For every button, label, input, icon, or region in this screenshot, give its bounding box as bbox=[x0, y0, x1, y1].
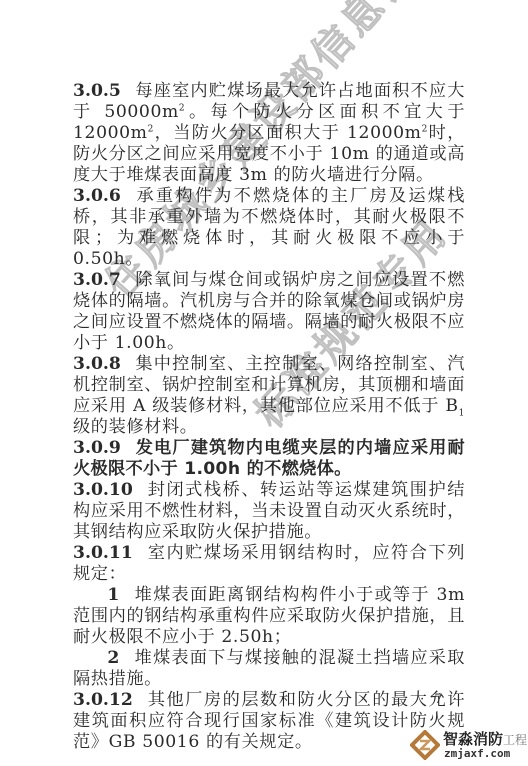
clause-number: 3.0.8 bbox=[73, 354, 121, 374]
clause-3-0-10: 3.0.10封闭式栈桥、转运站等运煤建筑围护结构应采用不燃性材料，当未设置自动灭… bbox=[73, 480, 465, 543]
clause-number: 3.0.12 bbox=[73, 690, 133, 710]
clause-3-0-8: 3.0.8集中控制室、主控制室、网络控制室、汽机控制室、锅炉控制室和计算机房，其… bbox=[73, 354, 465, 438]
clause-3-0-12: 3.0.12其他厂房的层数和防火分区的最大允许建筑面积应符合现行国家标准《建筑设… bbox=[73, 690, 465, 753]
clause-number: 3.0.5 bbox=[73, 81, 121, 101]
clause-number: 3.0.11 bbox=[73, 543, 133, 563]
clause-3-0-11-item-2: 2堆煤表面下与煤接触的混凝土挡墙应采取隔热措施。 bbox=[73, 648, 465, 690]
clause-number: 3.0.7 bbox=[73, 270, 121, 290]
clause-number: 3.0.10 bbox=[73, 480, 133, 500]
logo-suffix: 工程 bbox=[503, 733, 527, 747]
body-text: 3.0.5每座室内贮煤场最大允许占地面积不应大于 50000m2。每个防火分区面… bbox=[73, 81, 465, 753]
item-number: 1 bbox=[107, 585, 120, 605]
site-logo: 智淼消防工程 zmjaxf.com bbox=[410, 724, 528, 766]
clause-3-0-7: 3.0.7除氧间与煤仓间或锅炉房之间应设置不燃烧体的隔墙。汽机房与合并的除氧煤仓… bbox=[73, 270, 465, 354]
item-number: 2 bbox=[107, 648, 120, 668]
mandatory-clause-text: 发电厂建筑物内电缆夹层的内墙应采用耐火极限不小于 1.00h 的不燃烧体。 bbox=[73, 438, 465, 479]
clause-3-0-11: 3.0.11室内贮煤场采用钢结构时，应符合下列规定： bbox=[73, 543, 465, 585]
clause-number: 3.0.6 bbox=[73, 186, 121, 206]
clause-3-0-6: 3.0.6承重构件为不燃烧体的主厂房及运煤栈桥，其非承重外墙为不燃烧体时，其耐火… bbox=[73, 186, 465, 270]
clause-number: 3.0.9 bbox=[73, 438, 121, 458]
logo-name: 智淼消防工程 bbox=[443, 728, 527, 749]
clause-3-0-9: 3.0.9发电厂建筑物内电缆夹层的内墙应采用耐火极限不小于 1.00h 的不燃烧… bbox=[73, 438, 465, 480]
logo-diamond-icon bbox=[410, 730, 440, 760]
clause-3-0-11-item-1: 1堆煤表面距离钢结构构件小于或等于 3m 范围内的钢结构承重构件应采取防火保护措… bbox=[73, 585, 465, 648]
document-page: 住房城乡建设部信息公开 标准规范专用 3.0.5每座室内贮煤场最大允许占地面积不… bbox=[0, 0, 528, 766]
page-number: · 7 · bbox=[410, 692, 470, 707]
clause-3-0-5: 3.0.5每座室内贮煤场最大允许占地面积不应大于 50000m2。每个防火分区面… bbox=[73, 81, 465, 186]
logo-url: zmjaxf.com bbox=[444, 747, 510, 760]
